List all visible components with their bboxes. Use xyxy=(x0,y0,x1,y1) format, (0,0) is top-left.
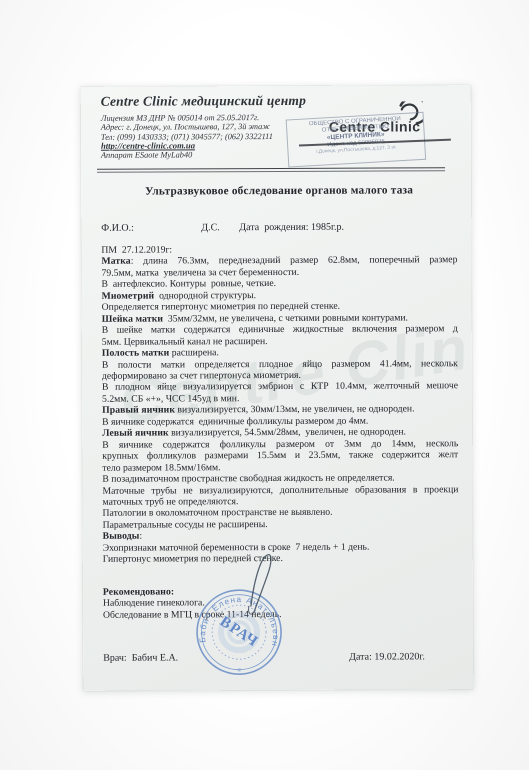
birth-date: Дата рождения: 1985г.р. xyxy=(239,222,344,233)
fio-label: Ф.И.О.: xyxy=(101,223,134,234)
line-text: визуализируется, 30мм/13мм, не увеличен,… xyxy=(175,404,415,416)
line-text: Маточные трубы не визуализируются, допол… xyxy=(102,484,458,497)
line-text: 5.2мм. СБ «+», ЧСС 145уд в мин. xyxy=(102,393,239,405)
line-text: В шейке матки содержатся единичные жидко… xyxy=(102,323,458,336)
line-text: 5мм. Цервикальный канал не расширен. xyxy=(102,336,268,348)
report-line: В шейке матки содержатся единичные жидко… xyxy=(102,323,458,336)
line-bold-label: Миометрий xyxy=(102,290,155,301)
patient-row: Ф.И.О.: Д.С. Дата рождения: 1985г.р. xyxy=(81,221,471,223)
line-text: Патологии в околоматочном пространстве н… xyxy=(103,507,333,519)
line-bold-label: Матка xyxy=(101,256,130,267)
line-bold-label: Полость матки xyxy=(102,348,170,359)
report-date: Дата: 19.02.2020г. xyxy=(349,651,425,662)
line-text: крупных фолликулов размерами 15.5мм и 23… xyxy=(102,449,458,462)
line-text: расширена. xyxy=(169,347,219,358)
line-bold-label: Шейка матки xyxy=(102,313,163,324)
line-text: В плодном яйце визуализируется эмбрион с… xyxy=(102,381,458,394)
line-text: Параметральные сосуды не расширены. xyxy=(103,519,268,531)
line-text: визуализируется, 54.5мм/28мм, увеличен, … xyxy=(169,427,406,439)
line-text: Наблюдение гинеколога. xyxy=(103,597,205,608)
device-line: Аппарат ESaote MyLab40 xyxy=(101,150,306,160)
line-text: однородной структуры. xyxy=(154,290,256,301)
line-bold-label: Правый яичник xyxy=(102,405,175,416)
line-text: В яичнике содержатся фолликулы размером … xyxy=(102,438,458,451)
line-text: тело размером 18.5мм/16мм. xyxy=(102,462,220,474)
line-text: : длина 76.3мм, переднезадний размер 62.… xyxy=(131,255,458,267)
line-text: 79.5мм, матка увеличена за счет беременн… xyxy=(101,267,299,279)
line-text: В позадиматочном пространстве свободная … xyxy=(102,473,394,485)
letterhead: Centre Clinic медицинский центр Лицензия… xyxy=(101,93,307,161)
report-line: В плодном яйце визуализируется эмбрион с… xyxy=(102,381,458,394)
document-page: Centre Clinic Centre Clinic медицинский … xyxy=(81,85,474,691)
signature xyxy=(223,548,303,618)
report-line: Маточные трубы не визуализируются, допол… xyxy=(102,484,458,497)
line-text: маточных труб не определяются. xyxy=(102,496,238,508)
line-bold-label: Левый яичник xyxy=(102,428,169,439)
report-line: Матка: длина 76.3мм, переднезадний разме… xyxy=(101,255,457,268)
photo-background: Centre Clinic Centre Clinic медицинский … xyxy=(0,0,529,770)
line-text: : xyxy=(139,531,142,542)
report-line: Правый яичник визуализируется, 30мм/13мм… xyxy=(102,404,458,417)
report-line: крупных фолликулов размерами 15.5мм и 23… xyxy=(102,449,458,462)
line-text: В антефлексио. Контуры ровные, четкие. xyxy=(102,278,277,290)
report-title: Ультразвуковое обследование органов мало… xyxy=(101,184,457,198)
line-text: В яичнике содержатся единичные фолликулы… xyxy=(102,415,368,427)
fio-value: Д.С. xyxy=(201,222,220,233)
line-text: деформировано за счет гипертонуса миомет… xyxy=(102,370,301,382)
line-text: В полости матки определяется плодное яйц… xyxy=(102,358,458,371)
line-text: ПМ 27.12.2019г: xyxy=(101,244,172,255)
line-text: 35мм/32мм, не увеличена, с четкими ровны… xyxy=(163,312,408,324)
header-divider xyxy=(97,167,445,173)
svg-text:✳: ✳ xyxy=(237,667,242,674)
line-text: Определяется гипертонус миометрия по пер… xyxy=(102,301,340,313)
line-bold-label: Рекомендовано: xyxy=(103,586,174,597)
report-line: В полости матки определяется плодное яйц… xyxy=(102,358,458,371)
doctor-name: Врач: Бабич Е.А. xyxy=(103,652,178,663)
line-bold-label: Выводы xyxy=(103,531,140,542)
clinic-name: Centre Clinic медицинский центр xyxy=(101,93,306,110)
